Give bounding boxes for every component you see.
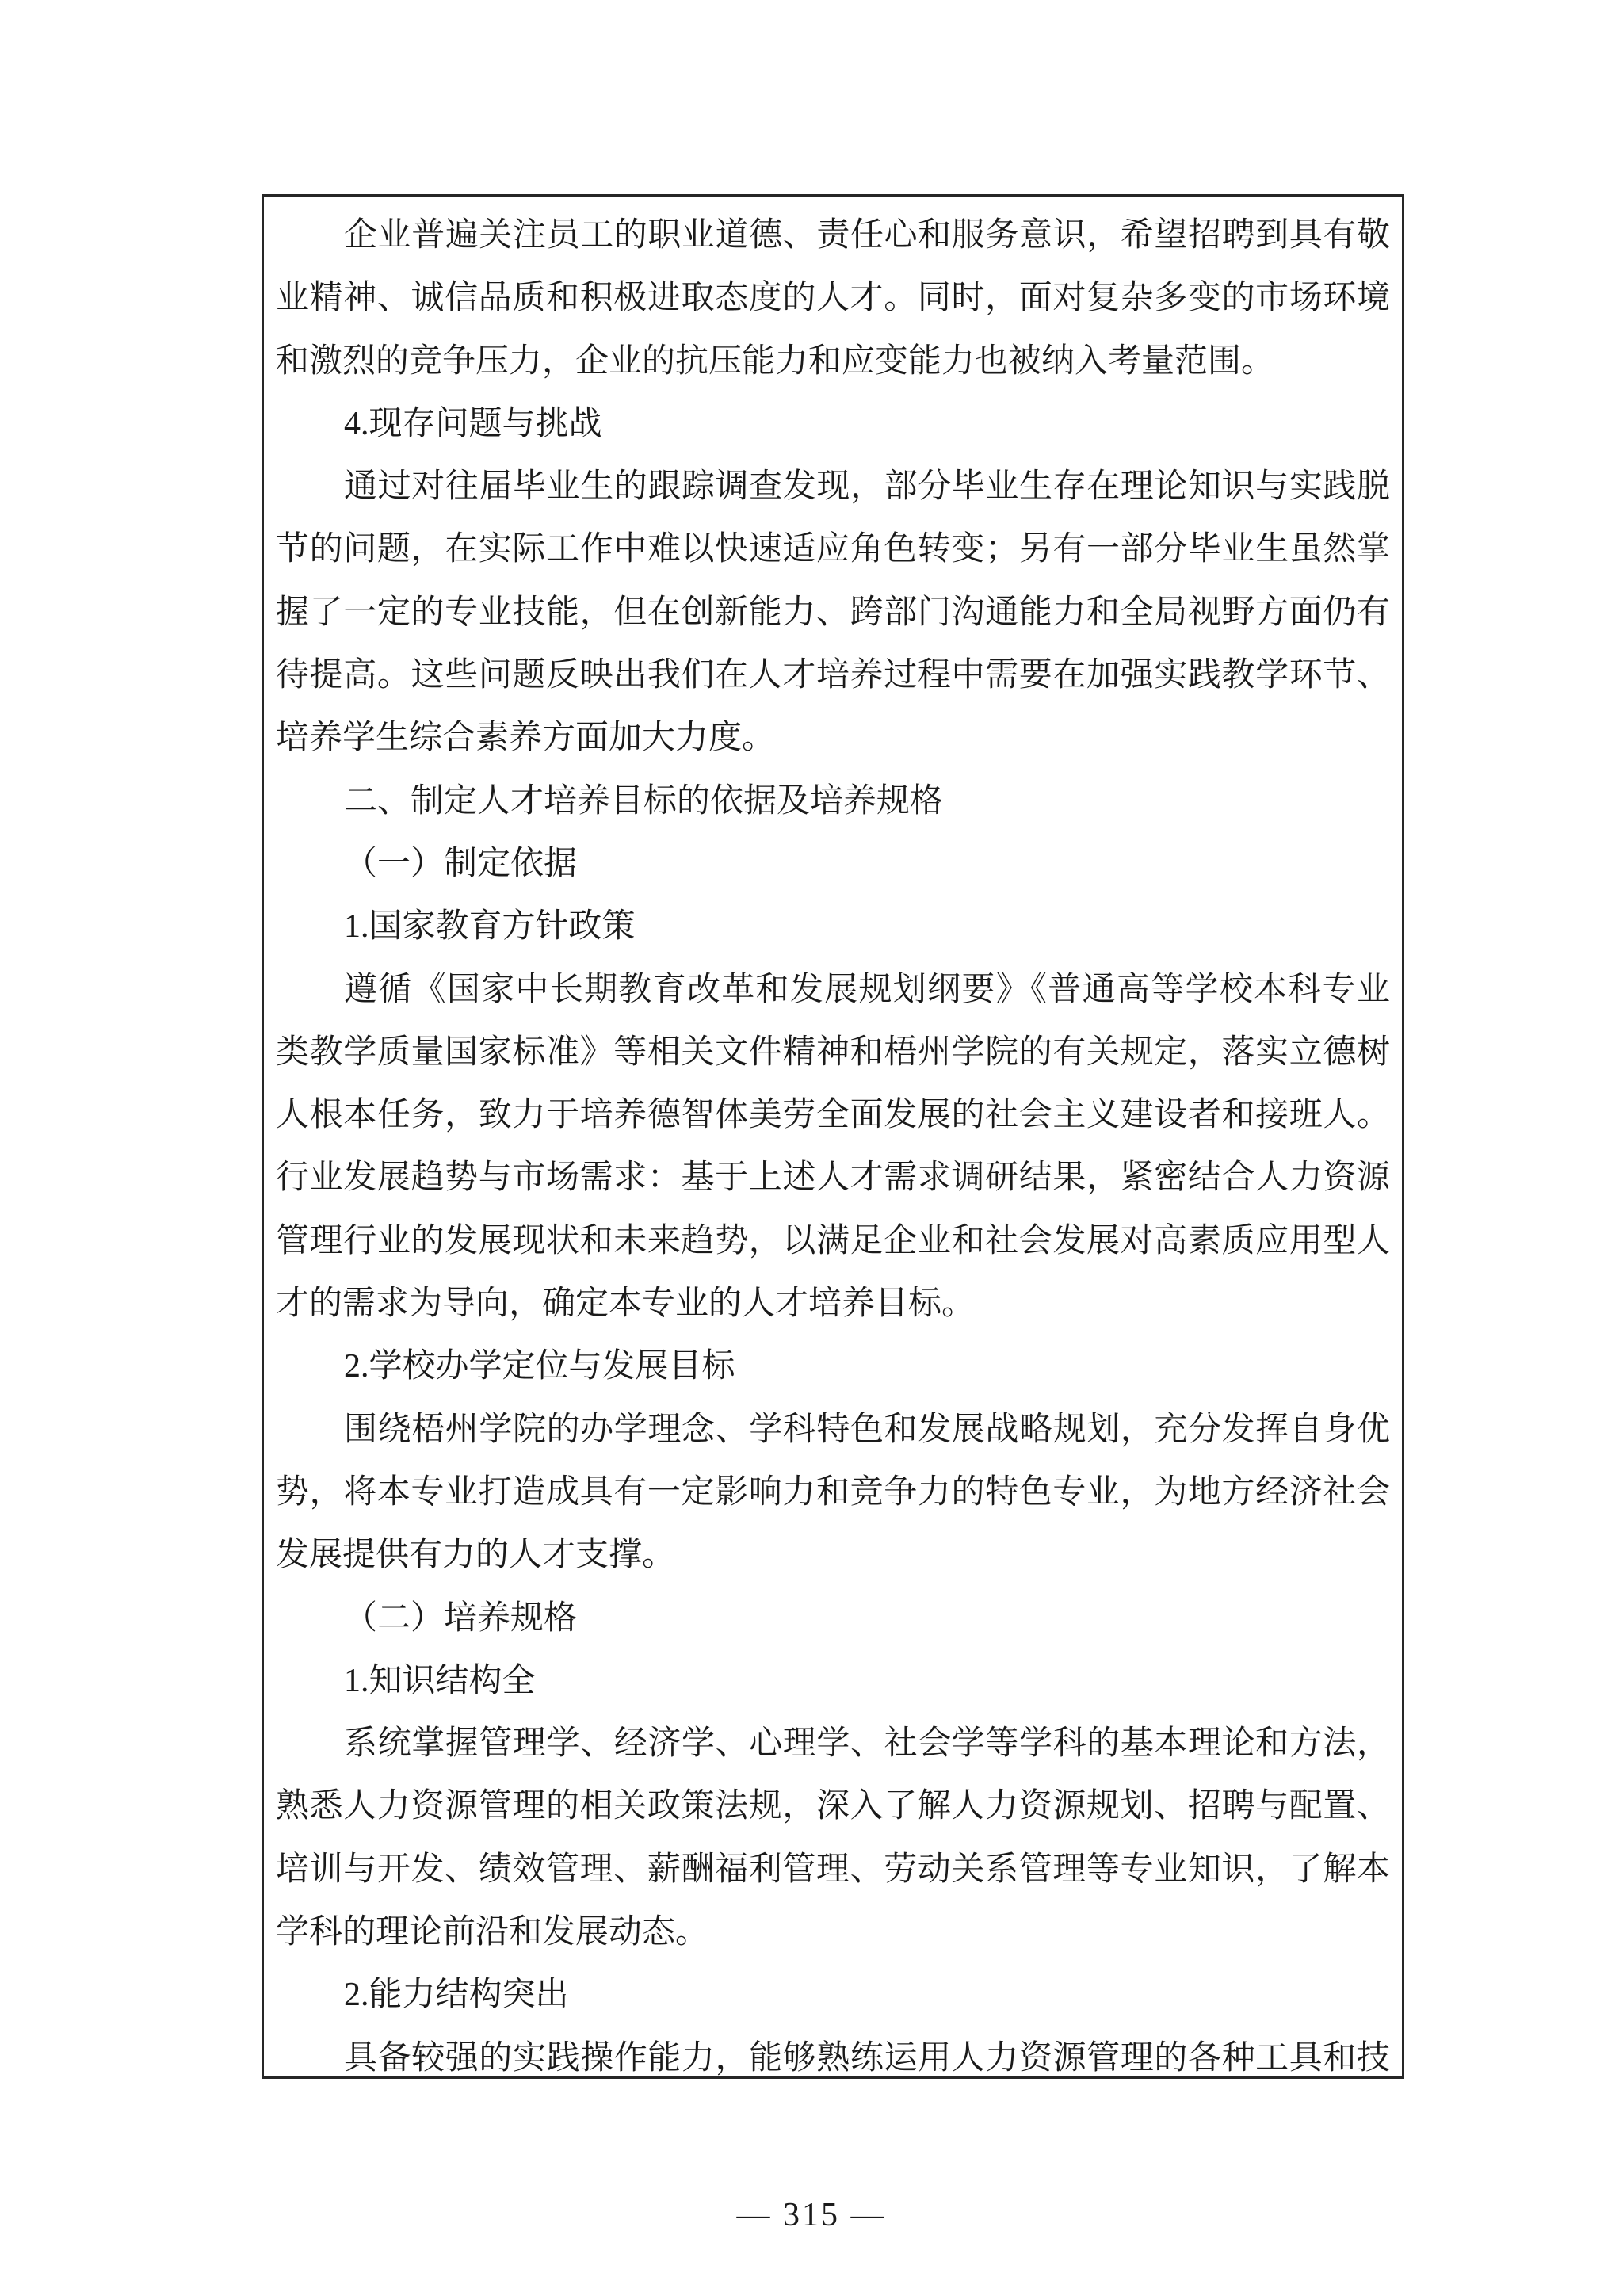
text-line: 学科的理论前沿和发展动态。 [276, 1901, 1390, 1964]
text-line: 2.学校办学定位与发展目标 [276, 1335, 1390, 1398]
text-line: 围绕梧州学院的办学理念、学科特色和发展战略规划，充分发挥自身优 [276, 1399, 1390, 1461]
text-line: 节的问题，在实际工作中难以快速适应角色转变；另有一部分毕业生虽然掌 [276, 518, 1390, 581]
text-line: （二）培养规格 [276, 1587, 1390, 1650]
text-line: 1.国家教育方针政策 [276, 896, 1390, 958]
text-line: 待提高。这些问题反映出我们在人才培养过程中需要在加强实践教学环节、 [276, 644, 1390, 707]
text-line: 管理行业的发展现状和未来趋势，以满足企业和社会发展对高素质应用型人 [276, 1210, 1390, 1273]
text-line: 类教学质量国家标准》等相关文件精神和梧州学院的有关规定，落实立德树 [276, 1022, 1390, 1084]
text-line: 4.现存问题与挑战 [276, 393, 1390, 456]
text-line: 发展提供有力的人才支撑。 [276, 1524, 1390, 1587]
text-line: 业精神、诚信品质和积极进取态度的人才。同时，面对复杂多变的市场环境 [276, 267, 1390, 330]
text-line: 通过对往届毕业生的跟踪调查发现，部分毕业生存在理论知识与实践脱 [276, 456, 1390, 518]
text-line: 和激烈的竞争压力，企业的抗压能力和应变能力也被纳入考量范围。 [276, 330, 1390, 393]
text-line: 人根本任务，致力于培养德智体美劳全面发展的社会主义建设者和接班人。 [276, 1084, 1390, 1147]
text-line: 二、制定人才培养目标的依据及培养规格 [276, 770, 1390, 833]
document-page: 企业普遍关注员工的职业道德、责任心和服务意识，希望招聘到具有敬业精神、诚信品质和… [0, 0, 1623, 2296]
text-line: （一）制定依据 [276, 833, 1390, 896]
text-line: 熟悉人力资源管理的相关政策法规，深入了解人力资源规划、招聘与配置、 [276, 1775, 1390, 1838]
text-line: 培养学生综合素养方面加大力度。 [276, 707, 1390, 770]
text-line: 2.能力结构突出 [276, 1964, 1390, 2027]
text-line: 遵循《国家中长期教育改革和发展规划纲要》《普通高等学校本科专业 [276, 959, 1390, 1022]
text-line: 培训与开发、绩效管理、薪酬福利管理、劳动关系管理等专业知识，了解本 [276, 1839, 1390, 1901]
text-line: 系统掌握管理学、经济学、心理学、社会学等学科的基本理论和方法， [276, 1713, 1390, 1775]
page-number: — 315 — [0, 2190, 1623, 2241]
text-line: 才的需求为导向，确定本专业的人才培养目标。 [276, 1273, 1390, 1335]
text-line: 握了一定的专业技能，但在创新能力、跨部门沟通能力和全局视野方面仍有 [276, 582, 1390, 644]
text-line: 企业普遍关注员工的职业道德、责任心和服务意识，希望招聘到具有敬 [276, 204, 1390, 267]
text-line: 具备较强的实践操作能力，能够熟练运用人力资源管理的各种工具和技 [276, 2027, 1390, 2079]
text-line: 1.知识结构全 [276, 1650, 1390, 1713]
document-border-box: 企业普遍关注员工的职业道德、责任心和服务意识，希望招聘到具有敬业精神、诚信品质和… [262, 194, 1404, 2079]
text-line: 势，将本专业打造成具有一定影响力和竞争力的特色专业，为地方经济社会 [276, 1461, 1390, 1524]
text-line: 行业发展趋势与市场需求：基于上述人才需求调研结果，紧密结合人力资源 [276, 1147, 1390, 1209]
